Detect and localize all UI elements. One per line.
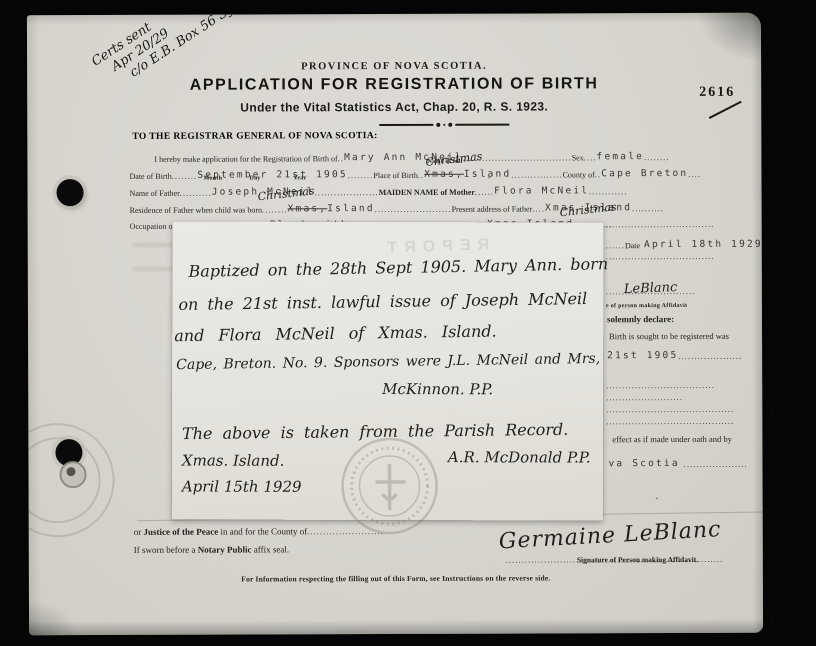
file-number: 2616	[699, 85, 735, 101]
dot-leader: ........	[644, 153, 670, 162]
mother-label: MAIDEN NAME of Mother	[379, 188, 475, 197]
dot-leader: ........	[262, 205, 288, 214]
note-line: McKinnon. P.P.	[382, 380, 493, 398]
notary-post: affix seal.	[252, 544, 290, 554]
form-subtitle: Under the Vital Statistics Act, Chap. 20…	[27, 99, 761, 116]
dotted-line: ........................	[606, 394, 683, 402]
parish-seal-stamp	[328, 434, 450, 538]
signer-caption-fragment: e of person making Affidavit	[606, 303, 687, 309]
footer-instructions: For Information respecting the filling o…	[29, 573, 763, 585]
divider-dot	[443, 124, 446, 127]
province-row: va Scotia ....................	[608, 454, 747, 472]
dot-leader: ....	[584, 153, 597, 162]
note-line: A.R. McDonald P.P.	[448, 448, 591, 466]
dot-leader: ......	[606, 241, 625, 250]
residence-struck-value: Xmas,	[288, 203, 328, 214]
year-caption: Year	[293, 175, 306, 181]
note-line: Xmas. Island.	[182, 451, 285, 469]
registered-date-value: 21st 1905	[607, 350, 678, 361]
affidavit-date-row: ......Date April 18th 1929..	[606, 235, 763, 254]
month-caption: Month	[203, 176, 222, 182]
scanned-document: PROVINCE OF NOVA SCOTIA. APPLICATION FOR…	[0, 0, 816, 646]
residence-value: Island	[327, 203, 375, 214]
divider-ornament	[379, 123, 509, 127]
dotted-line: ........................................	[606, 418, 734, 426]
county-label: County of	[563, 170, 595, 179]
note-line: April 15th 1929	[182, 477, 302, 495]
dot-leader: ..	[595, 170, 601, 179]
dot-leader: ....	[532, 204, 545, 213]
day-caption: Day	[249, 175, 260, 181]
pob-struck-value: Xmas,	[424, 169, 464, 180]
dotted-line: ..................................	[606, 382, 715, 390]
punch-hole-torn-center	[66, 467, 75, 476]
dot-leader: ..........	[180, 189, 212, 198]
note-line: Baptized on the 28th Sept 1905. Mary Ann…	[188, 254, 608, 281]
dot-leader: ..........	[632, 204, 664, 213]
addressee-heading: TO THE REGISTRAR GENERAL OF NOVA SCOTIA:	[132, 131, 377, 142]
oath-text-fragment: effect as if made under oath and by	[612, 434, 732, 444]
date-value: April 18th 1929	[644, 239, 763, 250]
dot-leader: ........	[348, 171, 374, 180]
note-line: on the 21st inst. lawful issue of Joseph…	[178, 289, 587, 314]
partial-affidavit-signature: LeBlanc	[624, 280, 678, 297]
dob-label: Date of Birth	[129, 172, 171, 181]
dot-leader: ......	[475, 188, 494, 197]
registered-date-row: 21st 1905....................	[607, 346, 742, 364]
faded-text-remnant	[133, 267, 177, 271]
dot-leader: ................	[511, 170, 562, 179]
justice-bold: Justice of the Peace	[143, 527, 218, 537]
justice-pre: or	[134, 527, 144, 537]
pob-label: Place of Birth	[373, 171, 417, 180]
dotted-line: ..................................	[606, 253, 715, 261]
dot-leader: ........................	[375, 205, 452, 214]
dotted-line: ..................................	[606, 221, 715, 229]
present-address-label: Present address of Father	[452, 205, 533, 214]
county-value: Cape Breton	[601, 168, 688, 179]
note-line: and Flora McNeil of Xmas. Island.	[174, 321, 497, 345]
divider-bar	[379, 124, 433, 126]
divider-bar	[456, 124, 510, 126]
dot-leader: ........	[172, 172, 198, 181]
dot-leader: ....................	[678, 352, 742, 361]
dot-leader: ..	[338, 154, 344, 163]
date-label: Date	[625, 241, 640, 250]
dot-leader: ....	[688, 170, 701, 179]
mother-value: Flora McNeil	[494, 185, 589, 196]
signature-caption: Signature of Person making Affidavit.	[577, 555, 698, 564]
declare-text-fragment: solemnly declare:	[607, 314, 674, 324]
dot-leader: ..	[418, 171, 424, 180]
sex-label: Sex	[572, 153, 584, 162]
dotted-line: ........................................	[606, 406, 734, 414]
province-value-fragment: va Scotia	[608, 458, 679, 469]
justice-post: in and for the County of	[218, 526, 307, 536]
notary-bold: Notary Public	[198, 545, 252, 555]
form-paper: PROVINCE OF NOVA SCOTIA. APPLICATION FOR…	[27, 13, 763, 636]
notary-line: If sworn before a Notary Public affix se…	[134, 539, 289, 558]
dot-leader: ............	[589, 187, 627, 196]
residence-label: Residence of Father when child was born	[130, 205, 262, 214]
dot-leader: ....................	[684, 460, 748, 469]
divider-dot	[449, 123, 453, 127]
sex-value: female	[597, 151, 645, 162]
father-label: Name of Father	[130, 189, 180, 198]
bleed-through-text: REPORT	[380, 236, 489, 257]
dot-leader: ....................	[315, 188, 379, 197]
dash-mark: -	[656, 493, 659, 502]
registered-text-fragment: Birth is sought to be registered was	[609, 331, 729, 341]
divider-dot	[436, 123, 440, 127]
punch-hole	[56, 179, 83, 206]
notary-pre: If sworn before a	[134, 545, 198, 555]
application-label: I hereby make application for the Regist…	[154, 154, 337, 164]
note-line: Cape, Breton. No. 9. Sponsors were J.L. …	[176, 351, 600, 373]
